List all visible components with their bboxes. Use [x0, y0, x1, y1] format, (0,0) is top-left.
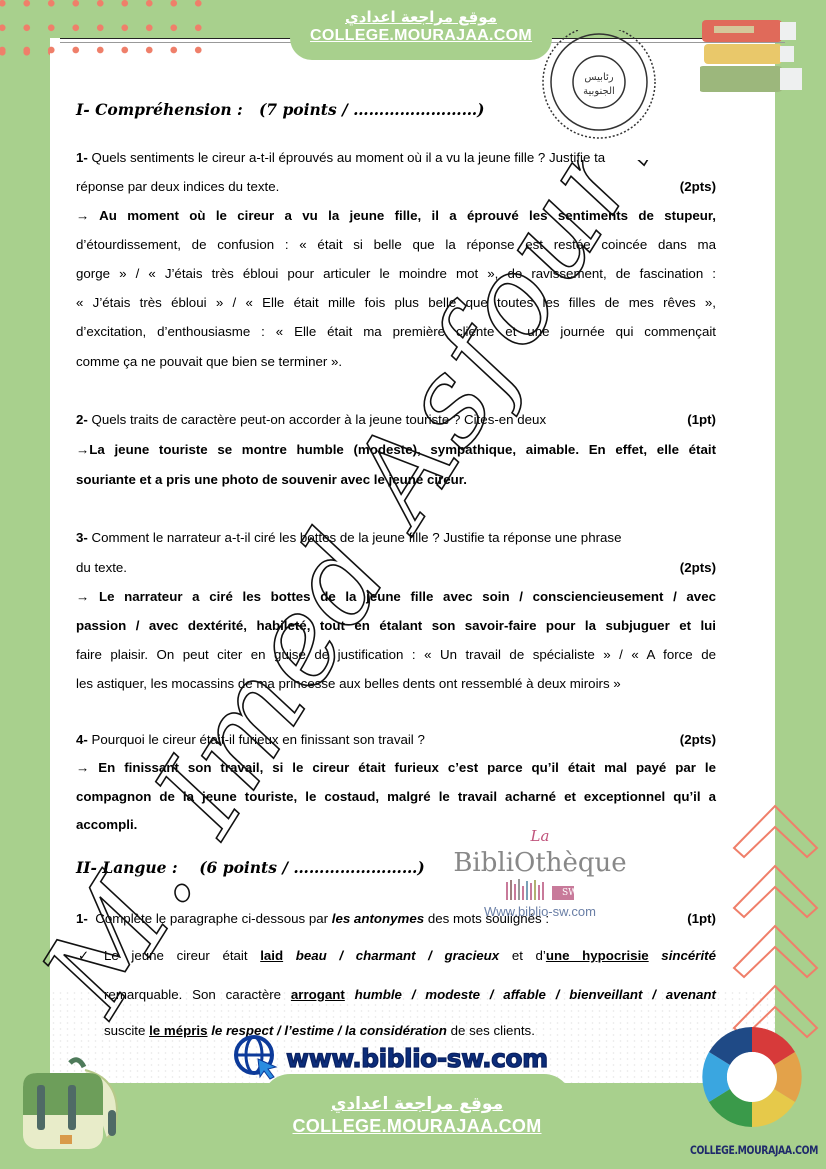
answer-3-line: faire plaisir. On peut citer en guise de…	[76, 647, 716, 662]
footer-site-badge[interactable]: موقع مراجعة اعدادي COLLEGE.MOURAJAA.COM	[262, 1074, 572, 1169]
mourajaa-logo-caption[interactable]: COLLEGE.MOURAJAA.COM	[690, 1143, 818, 1157]
globe-cursor-icon	[232, 1035, 282, 1081]
question-2: 2- Quels traits de caractère peut-on acc…	[76, 412, 716, 427]
header-site-arabic: موقع مراجعة اعدادي	[290, 8, 552, 26]
answer-1-line: comme ça ne pouvait que bien se terminer…	[76, 354, 716, 369]
question-1: 1- Quels sentiments le cireur a-t-il épr…	[76, 150, 716, 165]
biblio-logo-url[interactable]: Www.biblio-sw.com	[440, 904, 640, 919]
answer-3-line: → Le narrateur a ciré les bottes de la j…	[76, 589, 716, 604]
answer-1-line: d’excitation, d’enthousiasme : « Elle ét…	[76, 324, 716, 339]
answer-1-line: « J’étais très ébloui » / « Elle était m…	[76, 295, 716, 310]
bibliotheque-logo: La BibliOthèque SW Www.biblio-sw.com	[440, 818, 640, 913]
footer-site-url[interactable]: COLLEGE.MOURAJAA.COM	[262, 1116, 572, 1137]
answer-1-line: d’étourdissement, de confusion : « était…	[76, 237, 716, 252]
backpack-icon	[15, 1055, 125, 1155]
question-1-cont: réponse par deux indices du texte.	[76, 179, 716, 194]
section-title-comprehension: I- Compréhension : (7 points / ……………………)	[76, 100, 484, 119]
svg-text:الجنوبية: الجنوبية	[583, 86, 615, 97]
decorative-dot-row	[0, 44, 205, 56]
answer-1-line: → Au moment où le cireur a vu la jeune f…	[76, 208, 716, 223]
education-wheel-icon	[690, 1025, 810, 1143]
answer-2-line: souriante et a pris une photo de souveni…	[76, 472, 716, 487]
books-stack-icon	[700, 12, 805, 97]
answer-3-line: passion / avec dextérité, habileté, tout…	[76, 618, 716, 633]
question-1-points: (2pts)	[680, 179, 716, 194]
svg-text:رئابيس: رئابيس	[584, 72, 613, 83]
question-3-cont: du texte.	[76, 560, 716, 575]
biblio-banner-url[interactable]: www.biblio-sw.com	[286, 1044, 548, 1073]
answer-2-line: →La jeune touriste se montre humble (mod…	[76, 442, 716, 457]
question-3: 3- Comment le narrateur a-t-il ciré les …	[76, 530, 716, 545]
header-site-badge[interactable]: موقع مراجعة اعدادي COLLEGE.MOURAJAA.COM	[290, 0, 552, 60]
answer-3-line: les astiquer, les mocassins de ma prince…	[76, 676, 716, 691]
chevron-up-decoration-icon	[732, 793, 822, 1043]
antonym-answer-line: remarquable. Son caractère arrogant humb…	[104, 987, 716, 1002]
question-2-points: (1pt)	[687, 412, 716, 427]
question-4: 4- Pourquoi le cireur était-il furieux e…	[76, 732, 716, 747]
section-title-langue: II- Langue : (6 points / ……………………)	[76, 858, 425, 877]
books-bars-icon: SW	[440, 878, 640, 900]
official-stamp-icon: رئابيس الجنوبية	[537, 30, 665, 140]
sw-badge: SW	[552, 886, 574, 900]
answer-4-line: → En finissant son travail, si le cireur…	[76, 760, 716, 775]
question-4-points: (2pts)	[680, 732, 716, 747]
header-site-url[interactable]: COLLEGE.MOURAJAA.COM	[290, 27, 552, 45]
language-question-1-points: (1pt)	[687, 911, 716, 926]
antonym-answer-line: Le jeune cireur était laid beau / charma…	[104, 948, 716, 963]
question-3-points: (2pts)	[680, 560, 716, 575]
footer-site-arabic: موقع مراجعة اعدادي	[262, 1094, 572, 1114]
college-mourajaa-logo[interactable]: COLLEGE.MOURAJAA.COM	[690, 1025, 826, 1165]
answer-1-line: gorge » / « J’étais très ébloui pour art…	[76, 266, 716, 281]
answer-4-line: compagnon de la jeune touriste, le costa…	[76, 789, 716, 804]
